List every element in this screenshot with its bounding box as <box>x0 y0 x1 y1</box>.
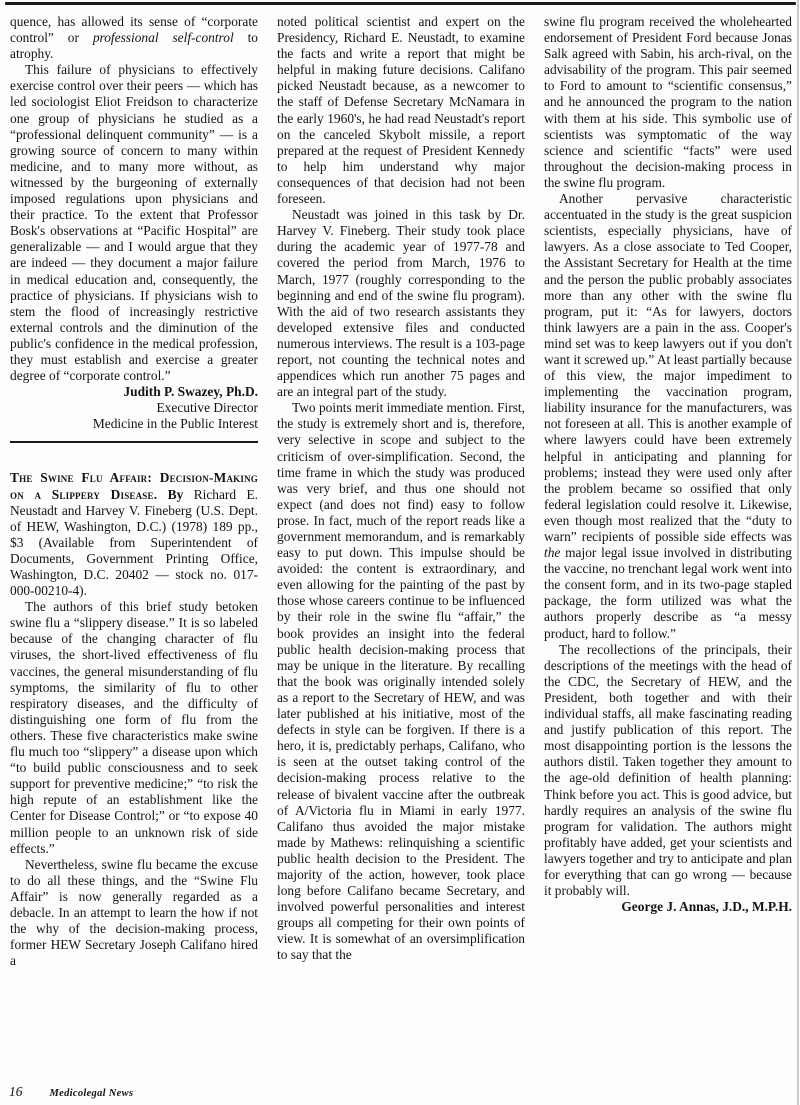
text-paragraph: Another pervasive characteristic accentu… <box>544 191 792 642</box>
journal-page: quence, has allowed its sense of “corpor… <box>0 0 800 1105</box>
top-rule <box>5 2 796 5</box>
article-columns: quence, has allowed its sense of “corpor… <box>0 0 800 969</box>
column-left: quence, has allowed its sense of “corpor… <box>10 14 258 969</box>
text-paragraph: Nevertheless, swine flu became the excus… <box>10 857 258 970</box>
journal-name: Medicolegal News <box>50 1088 134 1099</box>
book-citation-heading: The Swine Flu Affair: Decision-Making on… <box>10 470 258 599</box>
text-paragraph: Neustadt was joined in this task by Dr. … <box>277 207 525 400</box>
text-paragraph: The authors of this brief study betoken … <box>10 599 258 857</box>
scan-edge-artifact <box>797 0 799 1105</box>
signature-block: Judith P. Swazey, Ph.D.Executive Directo… <box>10 384 258 432</box>
column-middle: noted political scientist and expert on … <box>277 14 525 969</box>
signature-block: George J. Annas, J.D., M.P.H. <box>544 899 792 915</box>
text-paragraph: Two points merit immediate mention. Firs… <box>277 400 525 963</box>
column-right: swine flu program received the wholehear… <box>544 14 792 969</box>
text-paragraph: quence, has allowed its sense of “corpor… <box>10 14 258 62</box>
signature-line: Medicine in the Public Interest <box>10 416 258 432</box>
text-paragraph: The recollections of the principals, the… <box>544 642 792 900</box>
text-paragraph: noted political scientist and expert on … <box>277 14 525 207</box>
text-paragraph: This failure of physicians to effectivel… <box>10 62 258 384</box>
signature-line: Executive Director <box>10 400 258 416</box>
signature-line: George J. Annas, J.D., M.P.H. <box>544 899 792 915</box>
section-divider <box>10 441 258 443</box>
page-footer: 16 Medicolegal News <box>9 1084 133 1100</box>
page-number: 16 <box>9 1084 23 1100</box>
text-paragraph: swine flu program received the wholehear… <box>544 14 792 191</box>
signature-line: Judith P. Swazey, Ph.D. <box>10 384 258 400</box>
